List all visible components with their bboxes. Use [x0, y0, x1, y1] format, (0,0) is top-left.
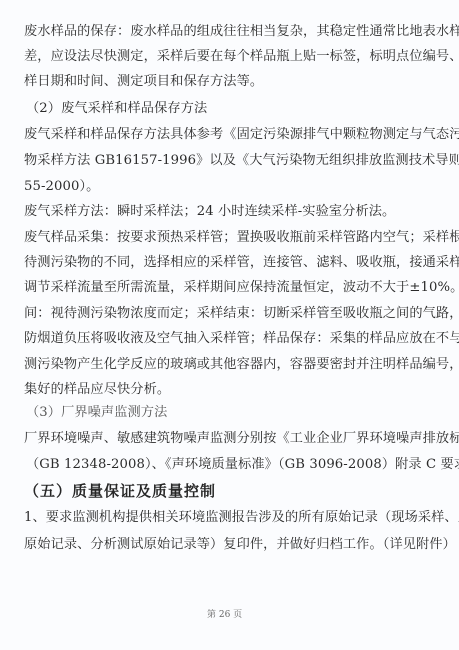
text-line: 55-2000）。 — [24, 179, 416, 195]
page-number: 第 26 页 — [207, 607, 242, 620]
text-line: 厂界环境噪声、敏感建筑物噪声监测分别按《工业企业厂界环境噪声排放标准》 — [24, 431, 416, 447]
text-line: （GB 12348-2008）、《声环境质量标准》（GB 3096-2008）附… — [26, 457, 418, 473]
text-line: 间：视待测污染物浓度而定；采样结束：切断采样管至吸收瓶之间的气路，以 — [24, 306, 416, 322]
text-line: 防烟道负压将吸收液及空气抽入采样管；样品保存：采集的样品应放在不与被 — [24, 331, 416, 347]
text-line: 原始记录、分析测试原始记录等）复印件，并做好归档工作。（详见附件） — [24, 537, 416, 553]
text-line: 差，应设法尽快测定，采样后要在每个样品瓶上贴一标签，标明点位编号、采 — [24, 49, 416, 65]
section-title-gas: （2）废气采样和样品保存方法 — [26, 101, 418, 117]
section-heading-quality: （五）质量保证及质量控制 — [24, 480, 216, 501]
text-line: 集好的样品应尽快分析。 — [24, 382, 416, 398]
text-line: 测污染物产生化学反应的玻璃或其他容器内，容器要密封并注明样品编号，采 — [24, 357, 416, 373]
text-line: 1、要求监测机构提供相关环境监测报告涉及的所有原始记录（现场采样、监测 — [24, 510, 416, 526]
text-line: 样日期和时间、测定项目和保存方法等。 — [24, 74, 416, 90]
text-line: 待测污染物的不同，选择相应的采样管，连接管、滤料、吸收瓶，接通采样管路， — [24, 255, 416, 271]
section-title-noise: （3）厂界噪声监测方法 — [26, 405, 418, 421]
text-line: 废气样品采集：按要求预热采样管；置换吸收瓶前采样管路内空气；采样根据 — [24, 230, 416, 246]
text-line: 物采样方法 GB16157-1996》以及《大气污染物无组织排放监测技术导则》（… — [24, 153, 416, 169]
text-line: 废气采样和样品保存方法具体参考《固定污染源排气中颗粒物测定与气态污染 — [24, 127, 416, 143]
text-line: 废气采样方法：瞬时采样法；24 小时连续采样-实验室分析法。 — [24, 204, 416, 220]
document-page: 废水样品的保存：废水样品的组成往往相当复杂，其稳定性通常比地表水样更 差，应设法… — [0, 0, 459, 650]
text-line: 调节采样流量至所需流量，采样期间应保持流量恒定，波动不大于±10%。采样时 — [24, 280, 416, 296]
text-line: 废水样品的保存：废水样品的组成往往相当复杂，其稳定性通常比地表水样更 — [24, 24, 416, 40]
